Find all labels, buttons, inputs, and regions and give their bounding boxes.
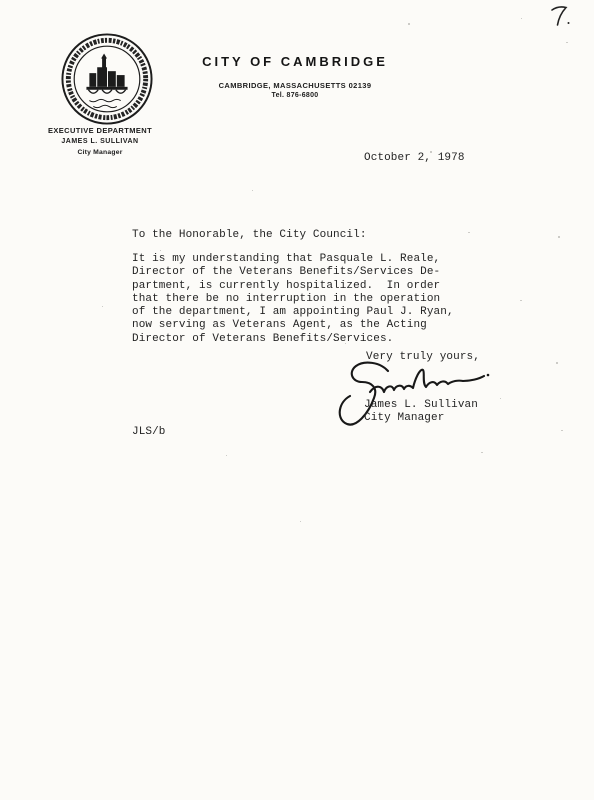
manager-title: City Manager	[28, 147, 172, 158]
signer-name: James L. Sullivan	[364, 399, 478, 412]
manager-name: JAMES L. SULLIVAN	[28, 136, 172, 147]
department-name: EXECUTIVE DEPARTMENT	[28, 125, 172, 136]
body-line: It is my understanding that Pasquale L. …	[132, 253, 454, 266]
body-line: Director of the Veterans Benefits/Servic…	[132, 266, 454, 279]
signer-title: City Manager	[364, 412, 444, 425]
body-line: that there be no interruption in the ope…	[132, 293, 454, 306]
body-line: of the department, I am appointing Paul …	[132, 306, 454, 319]
letterhead-address: CAMBRIDGE, MASSACHUSETTS 02139	[175, 81, 415, 90]
executive-department-block: EXECUTIVE DEPARTMENT JAMES L. SULLIVAN C…	[28, 125, 172, 158]
body-line: now serving as Veterans Agent, as the Ac…	[132, 319, 454, 332]
letter-body: It is my understanding that Pasquale L. …	[132, 253, 454, 346]
handwritten-7-icon	[549, 4, 573, 30]
letterhead-title: CITY OF CAMBRIDGE	[170, 54, 420, 69]
salutation: To the Honorable, the City Council:	[132, 229, 367, 242]
letter-date: October 2, 1978	[364, 152, 465, 165]
scanned-letter-page: CITY OF CAMBRIDGE CAMBRIDGE, MASSACHUSET…	[0, 0, 594, 800]
body-line: Director of Veterans Benefits/Services.	[132, 333, 454, 346]
letterhead-phone: Tel. 876-6800	[175, 92, 415, 99]
handwritten-page-number	[549, 4, 573, 30]
reference-initials: JLS/b	[132, 426, 166, 439]
city-seal-icon	[60, 32, 154, 126]
body-line: partment, is currently hospitalized. In …	[132, 280, 454, 293]
